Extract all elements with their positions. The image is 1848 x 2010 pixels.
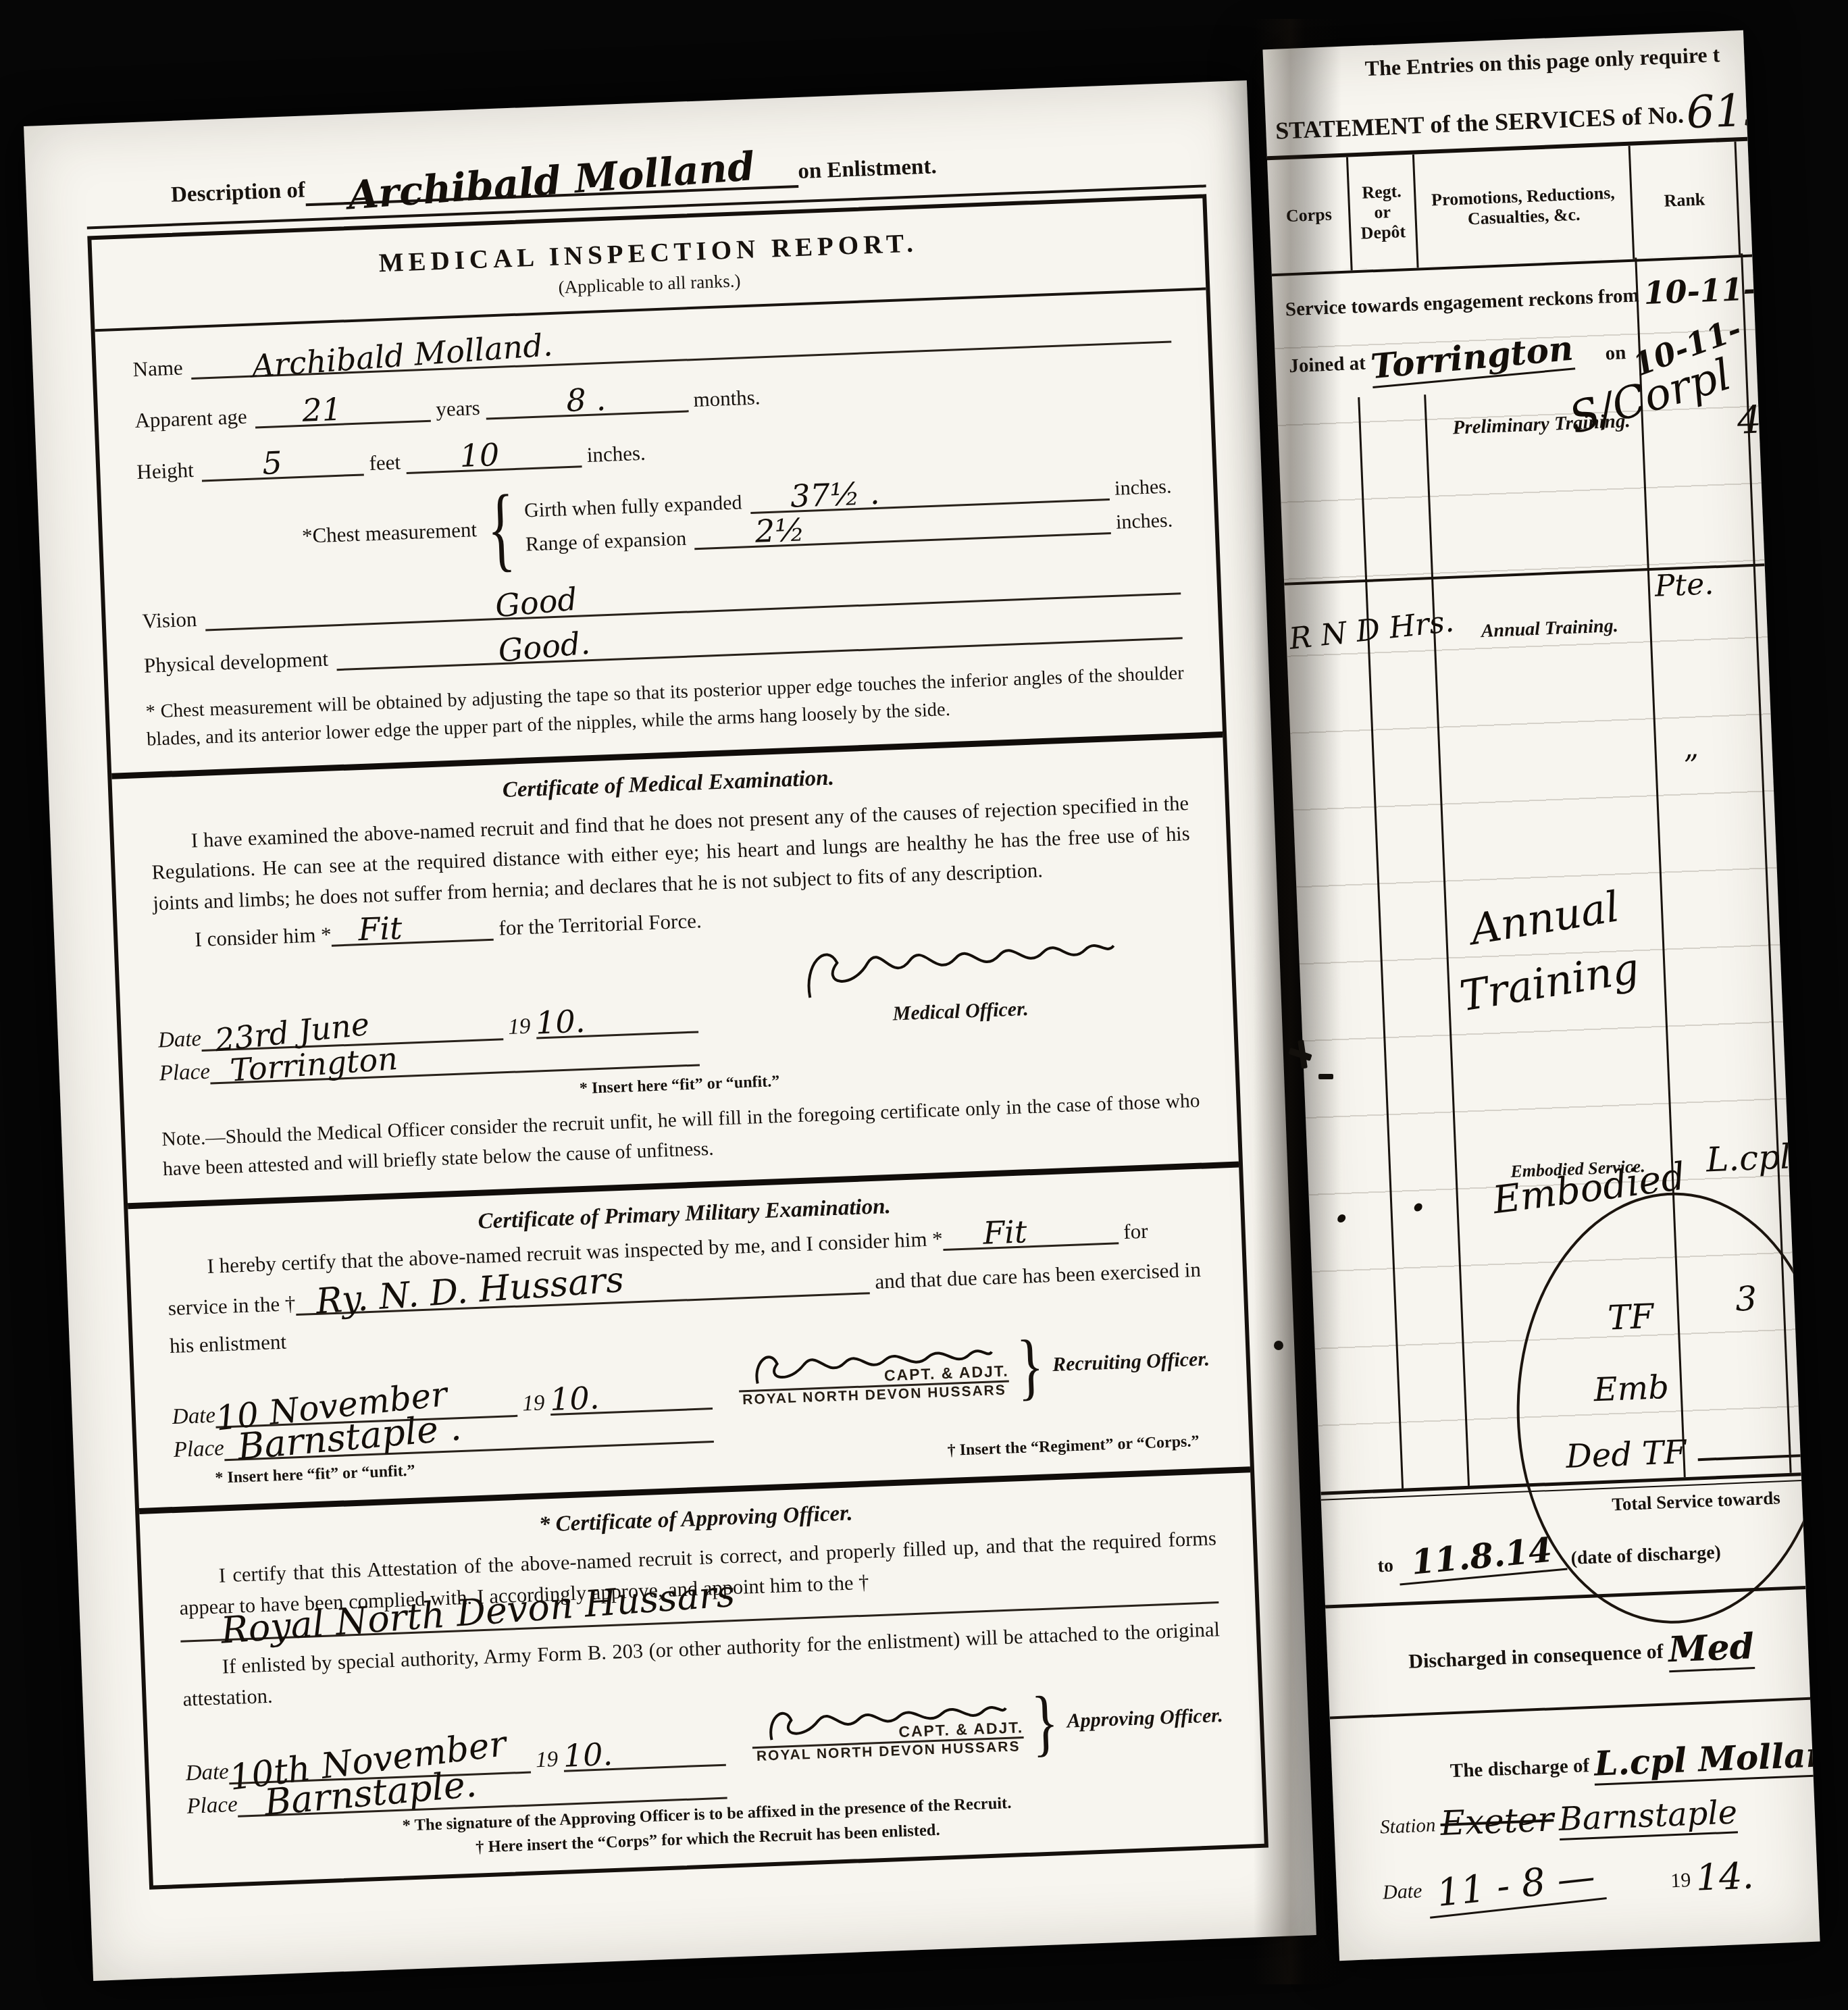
rank-pte: Pte.: [1654, 567, 1714, 603]
chest-measurement-block: *Chest measurement { Girth when fully ex…: [138, 463, 1179, 582]
tf-label: TF: [1607, 1297, 1654, 1338]
primary-fit-value: Fit: [982, 1214, 1027, 1252]
col-header-corps: Corps: [1267, 157, 1353, 274]
tf-ded: Ded TF: [1565, 1433, 1687, 1476]
description-name-line: Archibald Molland: [304, 142, 798, 206]
primary-year-write-in: 10.: [550, 1398, 712, 1416]
embodied-rank: L.cpl: [1705, 1137, 1791, 1179]
col-header-rank: Rank: [1631, 141, 1741, 259]
discharge-of-value: L.cpl Mollan: [1593, 1734, 1820, 1786]
col-header-promotions: Promotions, Reductions, Casualties, &c.: [1414, 146, 1635, 268]
rp-date-value: 11 - 8 —: [1425, 1853, 1607, 1918]
height-inches-unit: inches.: [581, 440, 651, 467]
name-value: Archibald Molland.: [251, 326, 554, 384]
chest-label: *Chest measurement: [139, 517, 478, 555]
vision-label: Vision: [142, 607, 205, 633]
joined-on: on: [1605, 342, 1626, 364]
joined-label: Joined at: [1289, 353, 1366, 378]
primary-year-value: 10.: [549, 1380, 600, 1418]
primary-date-label: Date: [172, 1403, 215, 1430]
chest-lines: Girth when fully expanded 37½ . inches. …: [524, 475, 1179, 556]
approving-year-prefix: 19: [530, 1747, 563, 1774]
primary-place-label: Place: [173, 1437, 224, 1464]
approving-sig-area: CAPT. & ADJT. ROYAL NORTH DEVON HUSSARS: [750, 1692, 1025, 1766]
height-row-spacer: [651, 445, 1175, 465]
height-feet-value: 5: [261, 444, 282, 482]
expansion-value: 2½: [754, 511, 806, 550]
approving-place-label: Place: [186, 1793, 238, 1820]
to-suffix: (date of discharge): [1570, 1542, 1721, 1569]
age-months-value: 8 .: [565, 381, 607, 419]
closing-brace-glyph-1: }: [1016, 1336, 1045, 1396]
opening-brace-glyph: {: [486, 488, 516, 569]
ink-smudge: [1274, 1341, 1283, 1350]
reckons-line: Service towards engagement reckons from …: [1285, 267, 1757, 323]
approving-year-write-in: 10.: [563, 1755, 725, 1772]
station-row: Station Exeter Barnstaple: [1379, 1788, 1738, 1841]
discharged-value: Med: [1668, 1626, 1755, 1672]
height-inches-write-in: 10: [406, 456, 582, 474]
girth-write-in: 37½ .: [750, 489, 1109, 514]
discharge-of-row: The discharge of L.cpl Mollan: [1449, 1730, 1820, 1786]
tf-emb: Emb: [1593, 1368, 1669, 1409]
consider-value: Fit: [357, 910, 403, 948]
approving-date-label: Date: [185, 1760, 229, 1786]
handwritten-name: Archibald Molland: [346, 143, 756, 218]
description-header: Description of Archibald Molland on Enli…: [170, 127, 1198, 211]
statement-of-services-page: The Entries on this page only require t …: [1262, 30, 1820, 1961]
approving-year-value: 10.: [563, 1736, 613, 1774]
service-number: 619: [1685, 83, 1772, 138]
medical-officer-sig-block: Medical Officer.: [695, 923, 1197, 1033]
name-row: Name Archibald Molland.: [132, 318, 1171, 382]
girth-value: 37½ .: [790, 474, 880, 514]
recruiting-officer-block: CAPT. & ADJT. ROYAL NORTH DEVON HUSSARS …: [710, 1328, 1210, 1410]
description-prefix: Description of: [170, 178, 305, 207]
name-write-in: Archibald Molland.: [191, 331, 1172, 379]
primary-after-service: and that due care has been exercised in: [869, 1258, 1207, 1295]
age-years-unit: years: [430, 396, 486, 422]
regt-ditto: .: [1409, 1170, 1426, 1222]
medical-place-label: Place: [159, 1059, 210, 1086]
annual-training-label: Annual Training.: [1448, 614, 1651, 644]
name-label: Name: [132, 355, 191, 382]
age-months-unit: months.: [688, 385, 766, 412]
reckons-value: 10-11-: [1643, 270, 1757, 311]
primary-after-fit: for: [1118, 1219, 1154, 1245]
medical-officer-label: Medical Officer.: [725, 991, 1197, 1032]
vision-value: Good: [494, 581, 579, 625]
medical-date-label: Date: [157, 1027, 201, 1053]
preliminary-extra: 4: [1737, 398, 1762, 442]
expansion-label: Range of expansion: [525, 527, 694, 556]
medical-year-value: 10.: [535, 1003, 586, 1041]
entries-header: The Entries on this page only require t: [1364, 42, 1720, 81]
age-years-write-in: 21: [255, 411, 431, 429]
left-page-inner: Description of Archibald Molland on Enli…: [24, 80, 1316, 1981]
medical-year-prefix: 19: [503, 1014, 536, 1040]
annual-hw-1: Annual: [1467, 881, 1622, 954]
expansion-unit: inches.: [1110, 509, 1178, 534]
rank-ditto: ”: [1683, 748, 1700, 783]
girth-label: Girth when fully expanded: [524, 491, 750, 523]
recruiting-officer-label: Recruiting Officer.: [1052, 1348, 1210, 1377]
height-feet-write-in: 5: [202, 464, 364, 482]
primary-year-prefix: 19: [517, 1391, 550, 1417]
corps-ditto: .: [1333, 1182, 1350, 1233]
primary-service-label: service in the †: [168, 1291, 296, 1320]
joined-value: Torrington: [1369, 328, 1575, 389]
table-vline-2: [1424, 394, 1470, 1486]
station-value: Barnstaple: [1558, 1793, 1738, 1840]
physical-label: Physical development: [144, 646, 337, 678]
discharged-row: Discharged in consequence of Med: [1408, 1622, 1755, 1676]
rp-year-prefix: 19: [1670, 1869, 1691, 1892]
tf-num: 3: [1735, 1279, 1757, 1319]
girth-unit: inches.: [1109, 475, 1177, 500]
height-feet-unit: feet: [363, 450, 407, 475]
consider-suffix: for the Territorial Force.: [493, 908, 707, 941]
approving-officer-block: CAPT. & ADJT. ROYAL NORTH DEVON HUSSARS …: [723, 1684, 1224, 1766]
rp-year-value: 14.: [1695, 1854, 1754, 1899]
approving-sig-wrap: CAPT. & ADJT. ROYAL NORTH DEVON HUSSARS …: [750, 1684, 1224, 1765]
to-value: 11.8.14: [1396, 1528, 1567, 1586]
age-months-write-in: 8 .: [486, 401, 688, 419]
age-years-value: 21: [301, 391, 342, 429]
discharged-label: Discharged in consequence of: [1408, 1641, 1664, 1673]
col-header-regt: Regt. or Depôt: [1348, 155, 1419, 271]
primary-fit-write-in: Fit: [943, 1233, 1119, 1252]
tf-frac: 8/12: [1815, 1260, 1820, 1296]
primary-insert-regiment: † Insert the “Regiment” or “Corps.”: [947, 1433, 1200, 1460]
services-table-header: Corps Regt. or Depôt Promotions, Reducti…: [1267, 137, 1753, 276]
date-row: Date 11 - 8 — 19 14.: [1381, 1849, 1754, 1910]
table-vline-1: [1358, 397, 1404, 1489]
recruiting-sig-wrap: CAPT. & ADJT. ROYAL NORTH DEVON HUSSARS …: [737, 1328, 1210, 1409]
consider-prefix: I consider him *: [195, 923, 332, 952]
medical-officer-signature: [796, 925, 1122, 1002]
to-label: to: [1377, 1555, 1394, 1576]
age-row-spacer: [766, 394, 1173, 409]
physical-value: Good.: [496, 625, 592, 669]
discharge-of-label: The discharge of: [1449, 1755, 1589, 1782]
expansion-write-in: 2½: [694, 523, 1111, 550]
description-suffix: on Enlistment.: [798, 154, 938, 184]
consider-write-in: Fit: [332, 929, 494, 947]
height-inches-value: 10: [459, 436, 500, 474]
corps-handwritten: R N D Hrs.: [1287, 604, 1456, 656]
rp-date-label: Date: [1382, 1880, 1422, 1903]
medical-year-write-in: 10.: [536, 1021, 698, 1039]
closing-brace-glyph-2: }: [1031, 1693, 1060, 1753]
annual-hw-2: Training: [1456, 943, 1642, 1021]
station-struck: Exeter: [1439, 1799, 1554, 1843]
approving-officer-label: Approving Officer.: [1067, 1704, 1223, 1733]
statement-prefix: STATEMENT of the SERVICES of No.: [1275, 101, 1685, 145]
age-label: Apparent age: [134, 404, 255, 433]
ink-smudge: [1318, 1074, 1333, 1079]
recruiting-sig-area: CAPT. & ADJT. ROYAL NORTH DEVON HUSSARS: [737, 1335, 1010, 1409]
reckons-prefix: Service towards engagement reckons from: [1285, 284, 1639, 320]
station-label: Station: [1380, 1814, 1436, 1838]
height-label: Height: [136, 457, 203, 484]
medical-report-box: MEDICAL INSPECTION REPORT. (Applicable t…: [87, 194, 1268, 1890]
rule-after-discharged: [1330, 1697, 1811, 1720]
medical-inspection-report-page: Description of Archibald Molland on Enli…: [24, 80, 1316, 1981]
